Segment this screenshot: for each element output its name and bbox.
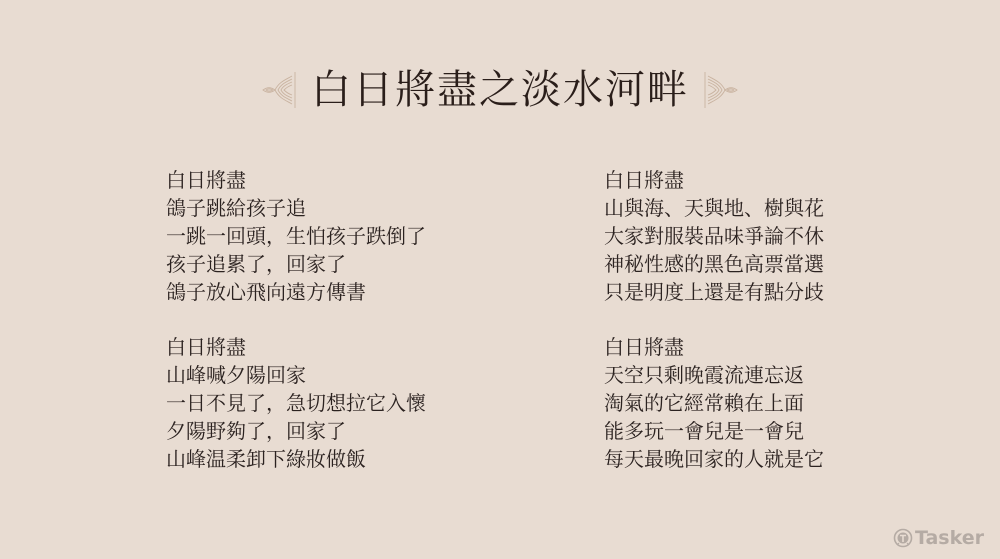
poem-line: 山與海、天與地、樹與花 [604, 194, 824, 222]
poem-line: 一跳一回頭，生怕孩子跌倒了 [166, 222, 426, 250]
poem-line: 大家對服裝品味爭論不休 [604, 222, 824, 250]
tasker-logo-icon [893, 528, 913, 548]
poem-line: 鴿子跳給孩子追 [166, 194, 426, 222]
poem-line: 白日將盡 [166, 166, 426, 194]
poem-line: 山峰喊夕陽回家 [166, 361, 426, 389]
poem-line: 一日不見了，急切想拉它入懷 [166, 389, 426, 417]
title-banner: 白日將盡之淡水河畔 [0, 62, 1000, 118]
poem-stanza-2: 白日將盡 山峰喊夕陽回家 一日不見了，急切想拉它入懷 夕陽野夠了，回家了 山峰温… [166, 333, 426, 473]
watermark-label: Tasker [915, 527, 984, 549]
poem-line: 白日將盡 [604, 166, 824, 194]
poem-line: 鴿子放心飛向遠方傳書 [166, 278, 426, 306]
poem-line: 能多玩一會兒是一會兒 [604, 417, 824, 445]
poem-stanza-4: 白日將盡 天空只剩晚霞流連忘返 淘氣的它經常賴在上面 能多玩一會兒是一會兒 每天… [604, 333, 824, 473]
poem-line: 天空只剩晚霞流連忘返 [604, 361, 824, 389]
poem-line: 夕陽野夠了，回家了 [166, 417, 426, 445]
poem-stanza-3: 白日將盡 山與海、天與地、樹與花 大家對服裝品味爭論不休 神秘性感的黑色高票當選… [604, 166, 824, 306]
poem-line: 神秘性感的黑色高票當選 [604, 250, 824, 278]
left-ornament-icon [261, 70, 297, 110]
poem-line: 白日將盡 [166, 333, 426, 361]
poem-line: 每天最晚回家的人就是它 [604, 445, 824, 473]
poem-line: 白日將盡 [604, 333, 824, 361]
page-title: 白日將盡之淡水河畔 [311, 62, 689, 118]
poem-line: 淘氣的它經常賴在上面 [604, 389, 824, 417]
right-ornament-icon [703, 70, 739, 110]
poem-stanza-1: 白日將盡 鴿子跳給孩子追 一跳一回頭，生怕孩子跌倒了 孩子追累了，回家了 鴿子放… [166, 166, 426, 306]
poem-line: 山峰温柔卸下綠妝做飯 [166, 445, 426, 473]
poem-line: 孩子追累了，回家了 [166, 250, 426, 278]
watermark: Tasker [893, 527, 984, 549]
poem-line: 只是明度上還是有點分歧 [604, 278, 824, 306]
